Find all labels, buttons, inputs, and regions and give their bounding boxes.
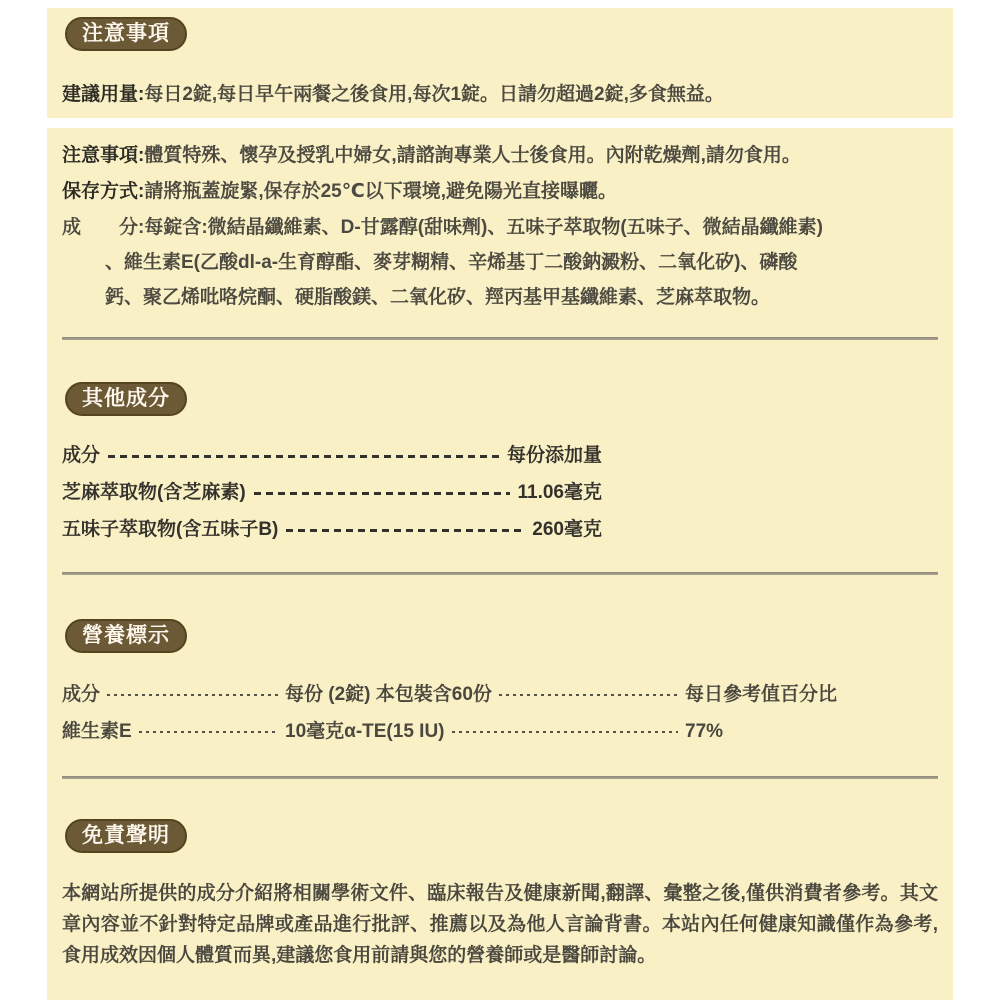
table-header-row: 成分 每份添加量 (62, 442, 602, 470)
ingredient-amount: 11.06毫克 (518, 479, 603, 507)
table-row: 五味子萃取物(含五味子B) 260毫克 (62, 516, 602, 544)
ingredients-line-2: 、維生素E(乙酸dl-a-生育醇酯、麥芽糊精、辛烯基丁二酸鈉澱粉、二氧化矽)、磷… (105, 245, 938, 280)
nutrition-serving-info: 每份 (2錠) 本包裝含60份 (285, 681, 492, 709)
product-info-page: 注意事項 建議用量:每日2錠,每日早午兩餐之後食用,每次1錠。日請勿超過2錠,多… (0, 8, 1000, 1000)
nutrition-zone-serving: 每份 (2錠) 本包裝含60份 (285, 681, 685, 709)
precaution-label: 注意事項: (62, 145, 144, 166)
disclaimer-badge: 免責聲明 (65, 819, 187, 853)
nutrition-zone-label: 維生素E (62, 718, 285, 746)
dotted-leader (139, 731, 278, 733)
ingredients-line-3: 鈣、聚乙烯吡咯烷酮、硬脂酸鎂、二氧化矽、羥丙基甲基纖維素、芝麻萃取物。 (105, 280, 938, 315)
precaution-row: 注意事項:體質特殊、懷孕及授乳中婦女,請諮詢專業人士後食用。內附乾燥劑,請勿食用… (62, 138, 938, 174)
nutrition-zone-amount: 10毫克α-TE(15 IU) (285, 718, 685, 746)
header-ingredient-label: 成分 (62, 442, 100, 470)
details-panel: 注意事項:體質特殊、懷孕及授乳中婦女,請諮詢專業人士後食用。內附乾燥劑,請勿食用… (47, 128, 953, 1000)
nutrition-badge: 營養標示 (65, 619, 187, 653)
ingredient-amount: 260毫克 (532, 516, 602, 544)
nutrition-row: 維生素E 10毫克α-TE(15 IU) 77% (62, 718, 938, 746)
ingredients-line-1: 成 分:每錠含:微結晶纖維素、D-甘露醇(甜味劑)、五味子萃取物(五味子、微結晶… (62, 210, 938, 245)
dashed-leader (108, 455, 499, 458)
storage-text: 請將瓶蓋旋緊,保存於25℃以下環境,避免陽光直接曝曬。 (144, 181, 617, 202)
nutrition-zone-label: 成分 (62, 681, 285, 709)
ingredients-paragraph: 成 分:每錠含:微結晶纖維素、D-甘露醇(甜味劑)、五味子萃取物(五味子、微結晶… (62, 210, 938, 315)
nutrient-amount: 10毫克α-TE(15 IU) (285, 718, 445, 746)
precaution-text: 體質特殊、懷孕及授乳中婦女,請諮詢專業人士後食用。內附乾燥劑,請勿食用。 (144, 145, 801, 166)
other-ingredients-badge: 其他成分 (65, 382, 187, 416)
usage-row: 建議用量:每日2錠,每日早午兩餐之後食用,每次1錠。日請勿超過2錠,多食無益。 (62, 77, 938, 113)
dotted-leader (499, 694, 678, 696)
other-ingredients-table: 成分 每份添加量 芝麻萃取物(含芝麻素) 11.06毫克 五味子萃取物(含五味子… (62, 442, 602, 544)
nutrient-name: 維生素E (62, 718, 132, 746)
storage-row: 保存方式:請將瓶蓋旋緊,保存於25℃以下環境,避免陽光直接曝曬。 (62, 174, 938, 210)
precautions-badge: 注意事項 (65, 17, 187, 51)
header-amount-label: 每份添加量 (507, 442, 602, 470)
ingredient-name: 芝麻萃取物(含芝麻素) (62, 479, 246, 507)
dotted-leader (452, 731, 679, 733)
dashed-leader (286, 529, 524, 532)
disclaimer-text: 本網站所提供的成分介紹將相關學術文件、臨床報告及健康新聞,翻譯、彙整之後,僅供消… (62, 878, 938, 971)
usage-text: 每日2錠,每日早午兩餐之後食用,每次1錠。日請勿超過2錠,多食無益。 (144, 84, 724, 105)
nutrition-header-row: 成分 每份 (2錠) 本包裝含60份 每日參考值百分比 (62, 681, 938, 709)
usage-panel: 注意事項 建議用量:每日2錠,每日早午兩餐之後食用,每次1錠。日請勿超過2錠,多… (47, 8, 953, 118)
ingredients-label: 成 分: (62, 217, 144, 238)
usage-label: 建議用量: (62, 84, 144, 105)
ingredients-text-1: 每錠含:微結晶纖維素、D-甘露醇(甜味劑)、五味子萃取物(五味子、微結晶纖維素) (144, 217, 823, 238)
ingredient-name: 五味子萃取物(含五味子B) (62, 516, 278, 544)
nutrient-daily-value: 77% (685, 718, 938, 746)
nutrition-table: 成分 每份 (2錠) 本包裝含60份 每日參考值百分比 維生素E 10毫克α-T… (62, 681, 938, 746)
dotted-leader (107, 694, 278, 696)
nutrition-col1-header: 成分 (62, 681, 100, 709)
nutrition-dv-header: 每日參考值百分比 (685, 681, 938, 709)
table-row: 芝麻萃取物(含芝麻素) 11.06毫克 (62, 479, 602, 507)
dashed-leader (254, 492, 510, 495)
storage-label: 保存方式: (62, 181, 144, 202)
